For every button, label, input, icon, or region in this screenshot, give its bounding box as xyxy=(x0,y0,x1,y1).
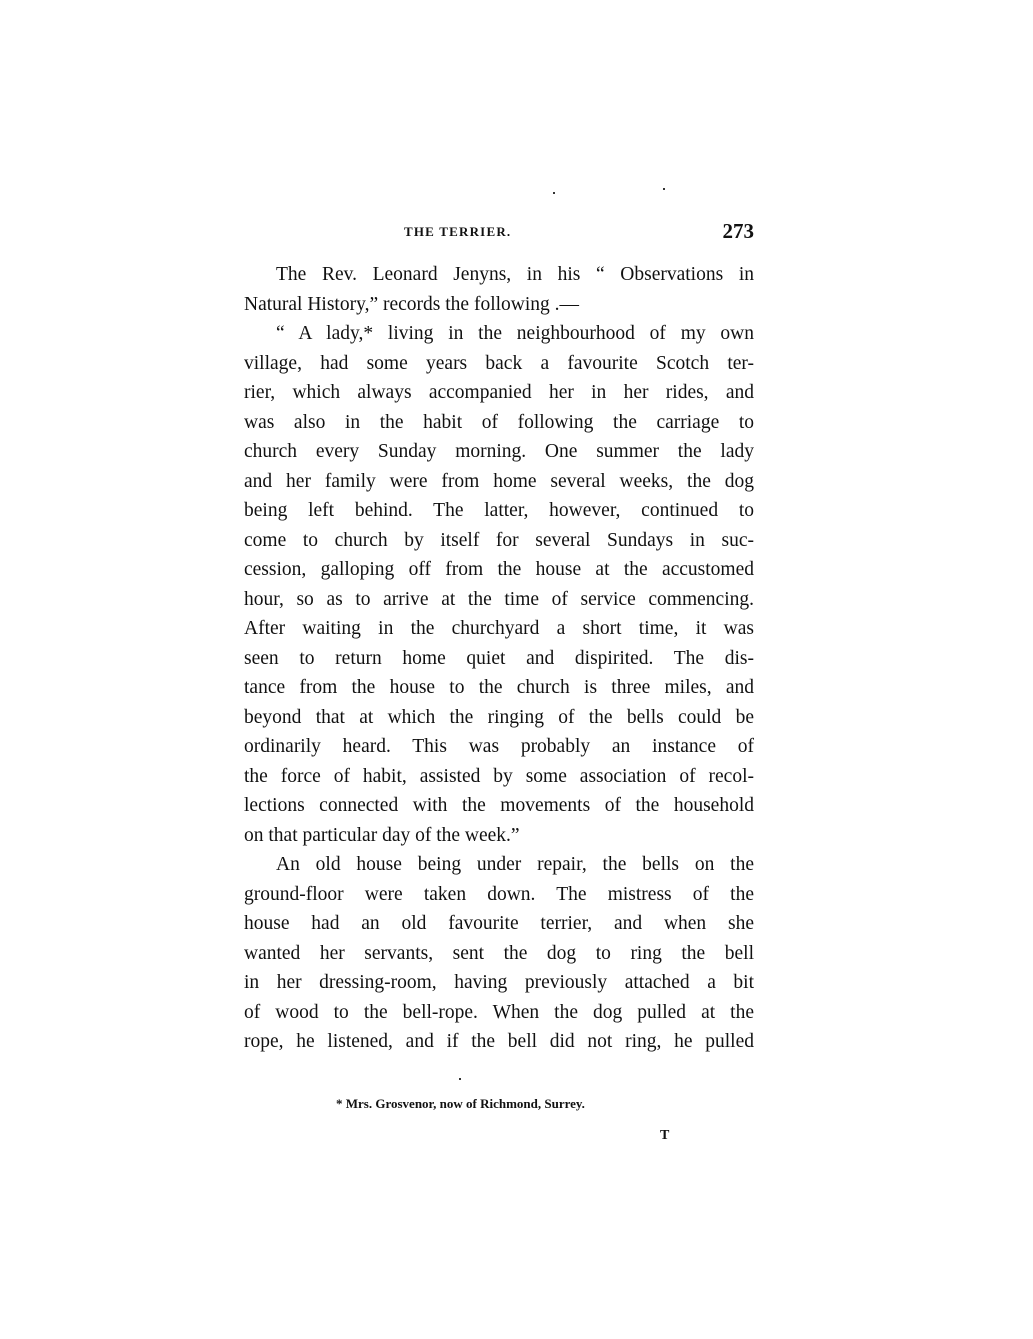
text-line: the force of habit, assisted by some ass… xyxy=(244,762,754,792)
text-line: and her family were from home several we… xyxy=(244,467,754,497)
text-line: rope, he listened, and if the bell did n… xyxy=(244,1027,754,1057)
text-line: house had an old favourite terrier, and … xyxy=(244,909,754,939)
footnote: * Mrs. Grosvenor, now of Richmond, Surre… xyxy=(336,1096,585,1112)
text-line: of wood to the bell-rope. When the dog p… xyxy=(244,998,754,1028)
text-line: church every Sunday morning. One summer … xyxy=(244,437,754,467)
book-page: THE TERRIER. 273 The Rev. Leonard Jenyns… xyxy=(0,0,1033,1339)
text-line: ground-floor were taken down. The mistre… xyxy=(244,880,754,910)
print-speck xyxy=(459,1078,461,1080)
text-line: hour, so as to arrive at the time of ser… xyxy=(244,585,754,615)
text-line: come to church by itself for several Sun… xyxy=(244,526,754,556)
running-head: THE TERRIER. 273 xyxy=(244,222,754,246)
text-line: in her dressing-room, having previously … xyxy=(244,968,754,998)
text-line: After waiting in the churchyard a short … xyxy=(244,614,754,644)
text-line: lections connected with the movements of… xyxy=(244,791,754,821)
print-speck xyxy=(663,188,665,190)
text-line: being left behind. The latter, however, … xyxy=(244,496,754,526)
text-line: cession, galloping off from the house at… xyxy=(244,555,754,585)
signature-mark: T xyxy=(660,1128,669,1144)
text-line: was also in the habit of following the c… xyxy=(244,408,754,438)
text-line: ordinarily heard. This was probably an i… xyxy=(244,732,754,762)
text-line: wanted her servants, sent the dog to rin… xyxy=(244,939,754,969)
page-number: 273 xyxy=(723,219,755,244)
text-line: The Rev. Leonard Jenyns, in his “ Observ… xyxy=(244,260,754,290)
text-line: on that particular day of the week.” xyxy=(244,821,754,851)
print-speck xyxy=(553,192,555,194)
text-line: An old house being under repair, the bel… xyxy=(244,850,754,880)
text-line: seen to return home quiet and dispirited… xyxy=(244,644,754,674)
text-line: “ A lady,* living in the neighbourhood o… xyxy=(244,319,754,349)
body-text: The Rev. Leonard Jenyns, in his “ Observ… xyxy=(244,260,754,1057)
text-line: village, had some years back a favourite… xyxy=(244,349,754,379)
text-line: tance from the house to the church is th… xyxy=(244,673,754,703)
text-line: Natural History,” records the following … xyxy=(244,290,754,320)
text-line: rier, which always accompanied her in he… xyxy=(244,378,754,408)
text-line: beyond that at which the ringing of the … xyxy=(244,703,754,733)
running-title: THE TERRIER. xyxy=(404,224,511,240)
